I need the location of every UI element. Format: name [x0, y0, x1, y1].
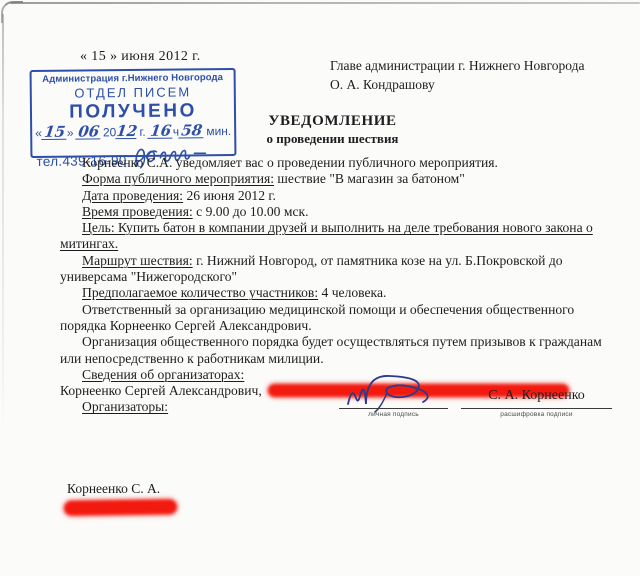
- body-underlined-text: Сведения об организаторах:: [82, 367, 244, 382]
- document-title: УВЕДОМЛЕНИЕ: [235, 113, 430, 130]
- stamp-handwritten-day: 15: [41, 126, 68, 140]
- body-line: Сведения об организаторах:: [60, 367, 617, 383]
- body-plain-text: Корнеенко С.А. уведомляет вас о проведен…: [82, 155, 498, 170]
- body-line: Дата проведения: 26 июня 2012 г.: [60, 188, 617, 204]
- stamp-handwritten-hour: 16: [147, 125, 174, 139]
- addressee-line-2: О. А. Кондрашову: [330, 75, 585, 94]
- stamp-handwritten-month: 06: [75, 125, 102, 139]
- body-underlined-text: Предполагаемое количество участников:: [82, 285, 318, 300]
- stamp-organization: Администрация г.Нижнего Новгорода: [32, 72, 234, 85]
- document-title-block: УВЕДОМЛЕНИЕ о проведении шествия: [235, 113, 430, 147]
- addressee-block: Главе администрации г. Нижнего Новгорода…: [330, 56, 585, 94]
- body-line: Цель: Купить батон в компании друзей и в…: [60, 220, 617, 253]
- document-date: « 15 » июня 2012 г.: [80, 49, 201, 65]
- stamp-date-line: « 15 » 06 20 12 г. 16 ч 58 мин.: [32, 124, 234, 140]
- body-line: Ответственный за организацию медицинской…: [60, 302, 617, 335]
- body-line: Организаторы:: [60, 399, 617, 415]
- body-plain-text: Корнеенко Сергей Александрович,: [60, 383, 262, 398]
- body-line: Форма публичного мероприятия: шествие "В…: [60, 171, 617, 187]
- body-plain-text: 26 июня 2012 г.: [183, 188, 276, 203]
- redaction-bar-inline: [268, 384, 569, 397]
- stamp-minute-suffix: мин.: [206, 124, 231, 138]
- body-underlined-text: Цель: Купить батон в компании друзей и в…: [60, 220, 593, 251]
- body-line: Маршрут шествия: г. Нижний Новгород, от …: [60, 253, 617, 286]
- document-subtitle: о проведении шествия: [235, 131, 430, 147]
- body-text: Корнеенко С.А. уведомляет вас о проведен…: [60, 155, 617, 416]
- body-line: Корнеенко С.А. уведомляет вас о проведен…: [60, 155, 617, 171]
- scan-edge-top: [10, 2, 640, 4]
- stamp-department: ОТДЕЛ ПИСЕМ: [32, 84, 234, 101]
- stamp-century: 20: [103, 125, 117, 139]
- body-plain-text: Организация общественного порядка будет …: [60, 334, 602, 365]
- body-line: Время проведения: с 9.00 до 10.00 мск.: [60, 204, 617, 220]
- scanned-document-page: « 15 » июня 2012 г. Администрация г.Нижн…: [0, 0, 640, 576]
- body-underlined-text: Дата проведения:: [82, 188, 183, 203]
- body-underlined-text: Время проведения:: [82, 204, 193, 219]
- footer-organizer-name: Корнеенко С. А.: [67, 481, 160, 497]
- body-plain-text: с 9.00 до 10.00 мск.: [193, 204, 309, 219]
- body-underlined-text: Форма публичного мероприятия:: [82, 171, 274, 186]
- body-line: Корнеенко Сергей Александрович,: [60, 383, 617, 399]
- body-underlined-text: Маршрут шествия:: [82, 253, 193, 268]
- addressee-line-1: Главе администрации г. Нижнего Новгорода: [330, 56, 585, 75]
- stamp-received-label: ПОЛУЧЕНО: [32, 100, 234, 124]
- redaction-bar-bottom: [64, 499, 177, 516]
- stamp-handwritten-minute: 58: [178, 124, 205, 138]
- scan-edge-left: [2, 14, 4, 434]
- reception-stamp: Администрация г.Нижнего Новгорода ОТДЕЛ …: [30, 68, 237, 158]
- stamp-handwritten-year: 12: [115, 125, 138, 139]
- body-plain-text: шествие "В магазин за батоном": [274, 171, 465, 186]
- body-underlined-text: Организаторы:: [82, 399, 168, 414]
- body-line: Предполагаемое количество участников: 4 …: [60, 285, 617, 301]
- body-line: Организация общественного порядка будет …: [60, 334, 617, 367]
- stamp-year-suffix: г.: [139, 125, 145, 139]
- scan-corner-top-left: [1, 1, 23, 23]
- body-plain-text: Ответственный за организацию медицинской…: [60, 302, 574, 333]
- body-plain-text: 4 человека.: [318, 285, 386, 300]
